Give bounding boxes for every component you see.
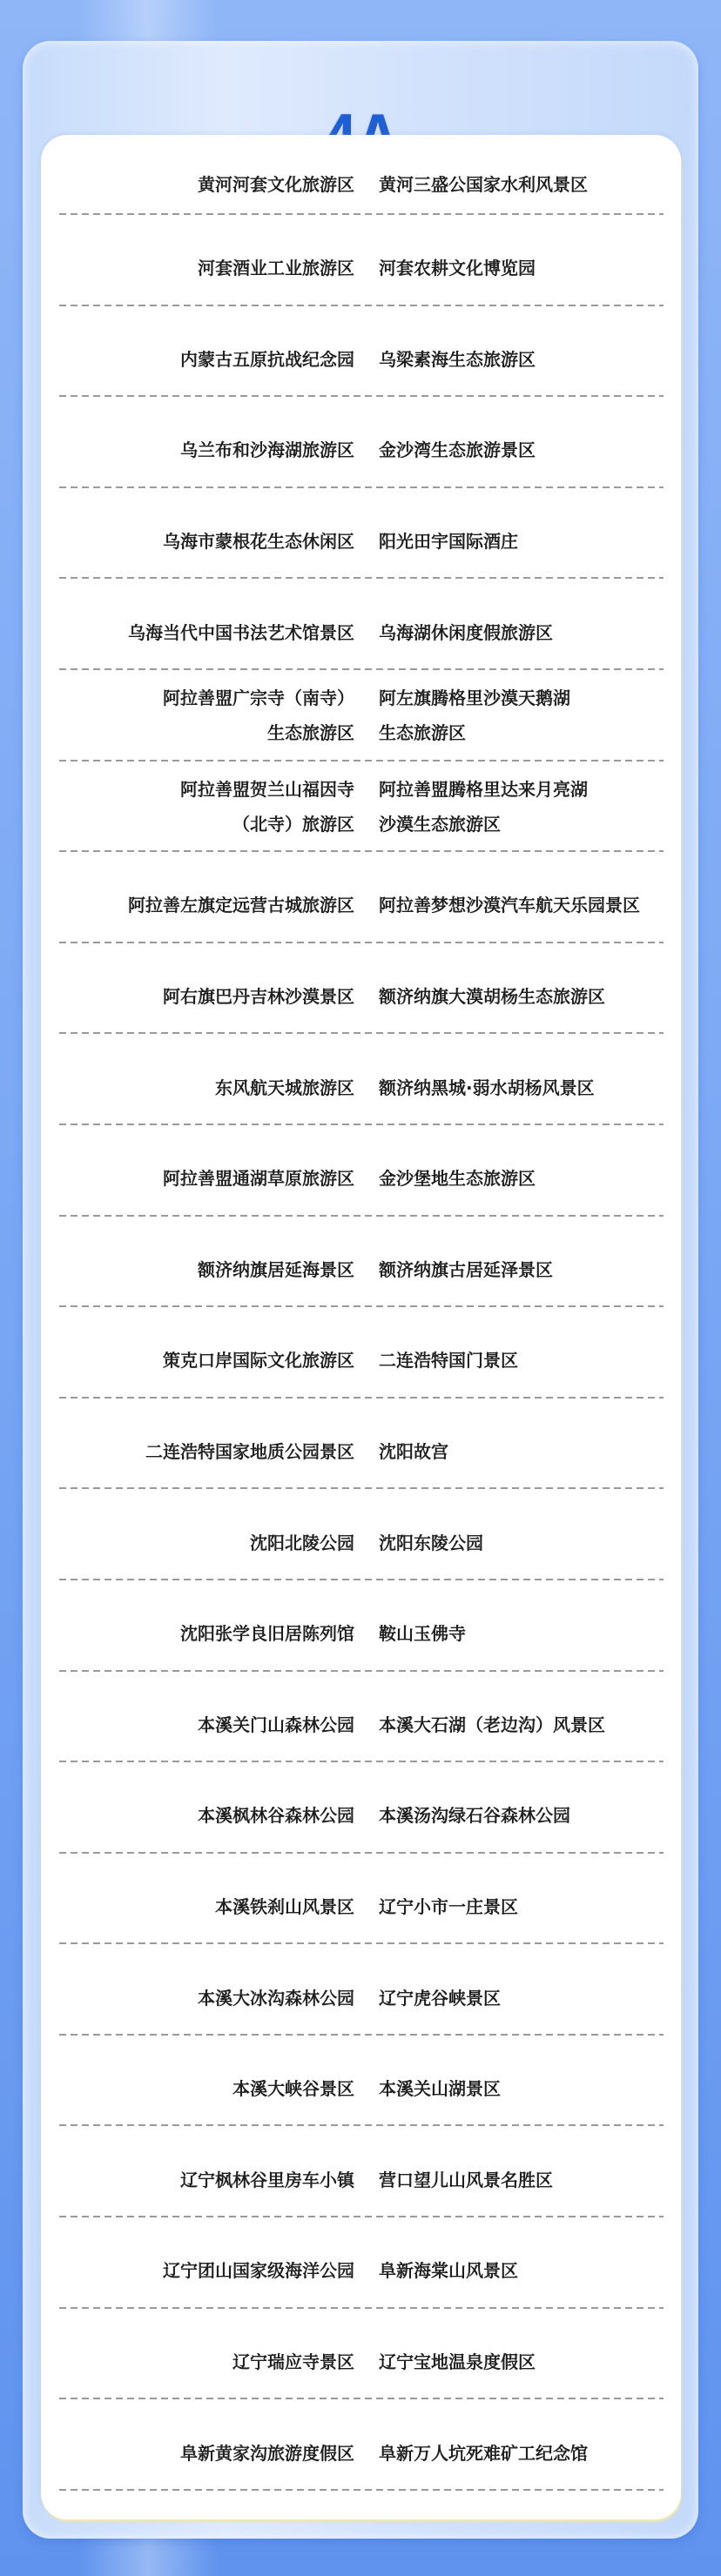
scenic-spot-right: 辽宁小市一庄景区 <box>379 1854 518 1945</box>
scenic-spot-name: 二连浩特国门景区 <box>379 1327 518 1378</box>
list-row: 阿右旗巴丹吉林沙漠景区额济纳旗大漠胡杨生态旅游区 <box>41 943 681 1035</box>
scenic-spot-name: 辽宁小市一庄景区 <box>379 1874 518 1924</box>
scenic-spot-right: 阜新海棠山风景区 <box>379 2217 518 2309</box>
scenic-spot-name: 阿拉善盟广宗寺（南寺） <box>163 681 354 715</box>
list-row: 阿拉善盟通湖草原旅游区金沙堡地生态旅游区 <box>41 1125 681 1217</box>
scenic-spot-right: 额济纳旗古居延泽景区 <box>379 1217 553 1308</box>
scenic-spot-left: 沈阳北陵公园 <box>250 1489 354 1580</box>
scenic-spot-name: 辽宁宝地温泉度假区 <box>379 2329 536 2379</box>
scenic-spot-name: 阿左旗腾格里沙漠天鹅湖 <box>379 681 570 715</box>
list-row: 内蒙古五原抗战纪念园乌梁素海生态旅游区 <box>41 306 681 398</box>
scenic-spot-name: 本溪枫林谷森林公园 <box>198 1782 354 1833</box>
scenic-spot-left: 辽宁枫林谷里房车小镇 <box>180 2126 354 2217</box>
scenic-spot-name: 乌梁素海生态旅游区 <box>379 326 536 377</box>
scenic-spot-name: 乌海市蒙根花生态休闲区 <box>163 508 354 559</box>
scenic-spot-name: 阿拉善盟通湖草原旅游区 <box>163 1145 354 1196</box>
scenic-spot-right: 辽宁虎谷峡景区 <box>379 1944 501 2036</box>
scenic-spot-name: 阿拉善盟腾格里达来月亮湖 <box>379 772 588 807</box>
scenic-spot-left: 本溪关门山森林公园 <box>198 1672 354 1763</box>
scenic-spot-left: 本溪大峡谷景区 <box>232 2036 354 2127</box>
scenic-spot-name: 额济纳黑城·弱水胡杨风景区 <box>379 1055 595 1105</box>
scenic-spot-name: 阿拉善盟贺兰山福因寺 <box>180 772 354 807</box>
scenic-spot-right: 黄河三盛公国家水利风景区 <box>379 135 588 215</box>
scenic-spot-name: 阳光田宇国际酒庄 <box>379 508 518 559</box>
scenic-spot-left: 额济纳旗居延海景区 <box>198 1217 354 1308</box>
scenic-spot-right: 金沙堡地生态旅游区 <box>379 1125 536 1217</box>
scenic-spot-name: 阿右旗巴丹吉林沙漠景区 <box>163 963 354 1014</box>
list-row: 阿拉善左旗定远营古城旅游区阿拉善梦想沙漠汽车航天乐园景区 <box>41 852 681 943</box>
scenic-spot-name: 额济纳旗古居延泽景区 <box>379 1237 553 1287</box>
scenic-spot-name: 辽宁瑞应寺景区 <box>232 2329 354 2379</box>
scenic-spot-name: 阜新黄家沟旅游度假区 <box>180 2420 354 2471</box>
list-row: 沈阳张学良旧居陈列馆鞍山玉佛寺 <box>41 1580 681 1672</box>
list-row: 乌兰布和沙海湖旅游区金沙湾生态旅游景区 <box>41 397 681 488</box>
scenic-list: 黄河河套文化旅游区黄河三盛公国家水利风景区河套酒业工业旅游区河套农耕文化博览园内… <box>41 135 681 2491</box>
list-row: 辽宁枫林谷里房车小镇营口望儿山风景名胜区 <box>41 2126 681 2217</box>
scenic-spot-right: 金沙湾生态旅游景区 <box>379 397 536 488</box>
scenic-spot-left: 阜新黄家沟旅游度假区 <box>180 2399 354 2491</box>
scenic-spot-left: 黄河河套文化旅游区 <box>198 135 354 215</box>
scenic-spot-left: 本溪铁刹山风景区 <box>215 1854 354 1945</box>
list-row: 东风航天城旅游区额济纳黑城·弱水胡杨风景区 <box>41 1034 681 1125</box>
list-row: 乌海当代中国书法艺术馆景区乌海湖休闲度假旅游区 <box>41 579 681 670</box>
scenic-spot-right: 阿左旗腾格里沙漠天鹅湖生态旅游区 <box>379 670 570 761</box>
scenic-spot-name: 辽宁虎谷峡景区 <box>379 1965 501 2016</box>
scenic-spot-left: 阿拉善盟贺兰山福因寺（北寺）旅游区 <box>180 761 354 853</box>
scenic-spot-name: 阿拉善梦想沙漠汽车航天乐园景区 <box>379 872 640 922</box>
scenic-spot-name: 策克口岸国际文化旅游区 <box>163 1327 354 1378</box>
scenic-spot-name: 本溪关门山森林公园 <box>198 1692 354 1742</box>
scenic-spot-name: 河套农耕文化博览园 <box>379 235 536 285</box>
scenic-spot-right: 阳光田宇国际酒庄 <box>379 488 518 580</box>
scenic-spot-left: 本溪大冰沟森林公园 <box>198 1944 354 2036</box>
scenic-spot-left: 阿右旗巴丹吉林沙漠景区 <box>163 943 354 1035</box>
scenic-spot-name: 本溪大峡谷景区 <box>232 2056 354 2106</box>
scenic-spot-left: 沈阳张学良旧居陈列馆 <box>180 1580 354 1672</box>
scenic-spot-name: 河套酒业工业旅游区 <box>198 235 354 285</box>
scenic-spot-name: 乌海湖休闲度假旅游区 <box>379 600 553 650</box>
list-row: 本溪大冰沟森林公园辽宁虎谷峡景区 <box>41 1944 681 2036</box>
scenic-spot-name: 沈阳东陵公园 <box>379 1510 483 1560</box>
scenic-spot-name: 额济纳旗居延海景区 <box>198 1237 354 1287</box>
scenic-spot-name: 本溪关山湖景区 <box>379 2056 501 2106</box>
list-row: 阿拉善盟广宗寺（南寺）生态旅游区阿左旗腾格里沙漠天鹅湖生态旅游区 <box>41 670 681 761</box>
scenic-spot-name: 本溪汤沟绿石谷森林公园 <box>379 1782 570 1833</box>
scenic-spot-right: 阿拉善梦想沙漠汽车航天乐园景区 <box>379 852 640 943</box>
list-row: 沈阳北陵公园沈阳东陵公园 <box>41 1489 681 1580</box>
scenic-spot-name: 本溪铁刹山风景区 <box>215 1874 354 1924</box>
scenic-spot-right: 阿拉善盟腾格里达来月亮湖沙漠生态旅游区 <box>379 761 588 853</box>
scenic-spot-name: 金沙湾生态旅游景区 <box>379 417 536 467</box>
list-row: 二连浩特国家地质公园景区沈阳故宫 <box>41 1399 681 1490</box>
scenic-spot-name: 内蒙古五原抗战纪念园 <box>180 326 354 377</box>
list-row: 辽宁团山国家级海洋公园阜新海棠山风景区 <box>41 2217 681 2309</box>
list-row: 额济纳旗居延海景区额济纳旗古居延泽景区 <box>41 1217 681 1308</box>
scenic-spot-right: 额济纳旗大漠胡杨生态旅游区 <box>379 943 605 1035</box>
scenic-spot-name: 鞍山玉佛寺 <box>379 1600 466 1651</box>
scenic-spot-right: 河套农耕文化博览园 <box>379 215 536 306</box>
scenic-spot-name: 沙漠生态旅游区 <box>379 807 501 842</box>
scenic-spot-name: 黄河三盛公国家水利风景区 <box>379 148 588 202</box>
list-row: 辽宁瑞应寺景区辽宁宝地温泉度假区 <box>41 2309 681 2400</box>
scenic-spot-name: 辽宁团山国家级海洋公园 <box>163 2237 354 2288</box>
list-row: 黄河河套文化旅游区黄河三盛公国家水利风景区 <box>41 135 681 215</box>
scenic-spot-right: 营口望儿山风景名胜区 <box>379 2126 553 2217</box>
scenic-spot-name: 沈阳张学良旧居陈列馆 <box>180 1600 354 1651</box>
scenic-spot-name: 二连浩特国家地质公园景区 <box>145 1419 354 1469</box>
scenic-spot-left: 辽宁团山国家级海洋公园 <box>163 2217 354 2309</box>
scenic-spot-name: 阜新万人坑死难矿工纪念馆 <box>379 2420 588 2471</box>
scenic-list-card: 黄河河套文化旅游区黄河三盛公国家水利风景区河套酒业工业旅游区河套农耕文化博览园内… <box>41 135 681 2519</box>
scenic-spot-name: 本溪大冰沟森林公园 <box>198 1965 354 2016</box>
scenic-spot-name: 乌海当代中国书法艺术馆景区 <box>128 600 354 650</box>
list-row: 本溪关门山森林公园本溪大石湖（老边沟）风景区 <box>41 1672 681 1763</box>
scenic-spot-right: 乌海湖休闲度假旅游区 <box>379 579 553 670</box>
scenic-spot-right: 本溪汤沟绿石谷森林公园 <box>379 1762 570 1854</box>
scenic-spot-left: 内蒙古五原抗战纪念园 <box>180 306 354 398</box>
scenic-spot-name: 黄河河套文化旅游区 <box>198 148 354 202</box>
list-row: 本溪铁刹山风景区辽宁小市一庄景区 <box>41 1854 681 1945</box>
scenic-spot-left: 本溪枫林谷森林公园 <box>198 1762 354 1854</box>
scenic-spot-left: 辽宁瑞应寺景区 <box>232 2309 354 2400</box>
scenic-spot-right: 本溪大石湖（老边沟）风景区 <box>379 1672 605 1763</box>
scenic-spot-left: 阿拉善盟广宗寺（南寺）生态旅游区 <box>163 670 354 761</box>
scenic-spot-name: 东风航天城旅游区 <box>215 1055 354 1105</box>
list-row: 乌海市蒙根花生态休闲区阳光田宇国际酒庄 <box>41 488 681 580</box>
scenic-spot-name: （北寺）旅游区 <box>232 807 354 842</box>
scenic-spot-name: 生态旅游区 <box>379 715 466 750</box>
scenic-spot-right: 额济纳黑城·弱水胡杨风景区 <box>379 1034 595 1125</box>
scenic-spot-right: 鞍山玉佛寺 <box>379 1580 466 1672</box>
list-row: 河套酒业工业旅游区河套农耕文化博览园 <box>41 215 681 306</box>
scenic-spot-left: 阿拉善左旗定远营古城旅游区 <box>128 852 354 943</box>
scenic-spot-right: 阜新万人坑死难矿工纪念馆 <box>379 2399 588 2491</box>
list-row: 本溪大峡谷景区本溪关山湖景区 <box>41 2036 681 2127</box>
scenic-spot-right: 本溪关山湖景区 <box>379 2036 501 2127</box>
scenic-spot-name: 辽宁枫林谷里房车小镇 <box>180 2147 354 2197</box>
scenic-spot-left: 河套酒业工业旅游区 <box>198 215 354 306</box>
scenic-spot-right: 乌梁素海生态旅游区 <box>379 306 536 398</box>
scenic-spot-name: 额济纳旗大漠胡杨生态旅游区 <box>379 963 605 1014</box>
list-row: 阿拉善盟贺兰山福因寺（北寺）旅游区阿拉善盟腾格里达来月亮湖沙漠生态旅游区 <box>41 761 681 853</box>
scenic-spot-name: 本溪大石湖（老边沟）风景区 <box>379 1692 605 1742</box>
scenic-spot-name: 金沙堡地生态旅游区 <box>379 1145 536 1196</box>
list-row: 策克口岸国际文化旅游区二连浩特国门景区 <box>41 1307 681 1399</box>
scenic-spot-left: 二连浩特国家地质公园景区 <box>145 1399 354 1490</box>
scenic-spot-name: 乌兰布和沙海湖旅游区 <box>180 417 354 467</box>
scenic-spot-right: 辽宁宝地温泉度假区 <box>379 2309 536 2400</box>
scenic-spot-right: 沈阳故宫 <box>379 1399 448 1490</box>
scenic-spot-name: 阜新海棠山风景区 <box>379 2237 518 2288</box>
scenic-spot-name: 阿拉善左旗定远营古城旅游区 <box>128 872 354 922</box>
scenic-spot-left: 乌海当代中国书法艺术馆景区 <box>128 579 354 670</box>
list-row: 阜新黄家沟旅游度假区阜新万人坑死难矿工纪念馆 <box>41 2399 681 2491</box>
scenic-spot-name: 沈阳北陵公园 <box>250 1510 354 1560</box>
scenic-spot-left: 策克口岸国际文化旅游区 <box>163 1307 354 1399</box>
scenic-spot-left: 乌兰布和沙海湖旅游区 <box>180 397 354 488</box>
scenic-spot-name: 营口望儿山风景名胜区 <box>379 2147 553 2197</box>
scenic-spot-right: 沈阳东陵公园 <box>379 1489 483 1580</box>
list-row: 本溪枫林谷森林公园本溪汤沟绿石谷森林公园 <box>41 1762 681 1854</box>
scenic-spot-name: 沈阳故宫 <box>379 1419 448 1469</box>
scenic-spot-name: 生态旅游区 <box>267 715 354 750</box>
scenic-spot-left: 东风航天城旅游区 <box>215 1034 354 1125</box>
scenic-spot-right: 二连浩特国门景区 <box>379 1307 518 1399</box>
scenic-spot-left: 乌海市蒙根花生态休闲区 <box>163 488 354 580</box>
scenic-spot-left: 阿拉善盟通湖草原旅游区 <box>163 1125 354 1217</box>
